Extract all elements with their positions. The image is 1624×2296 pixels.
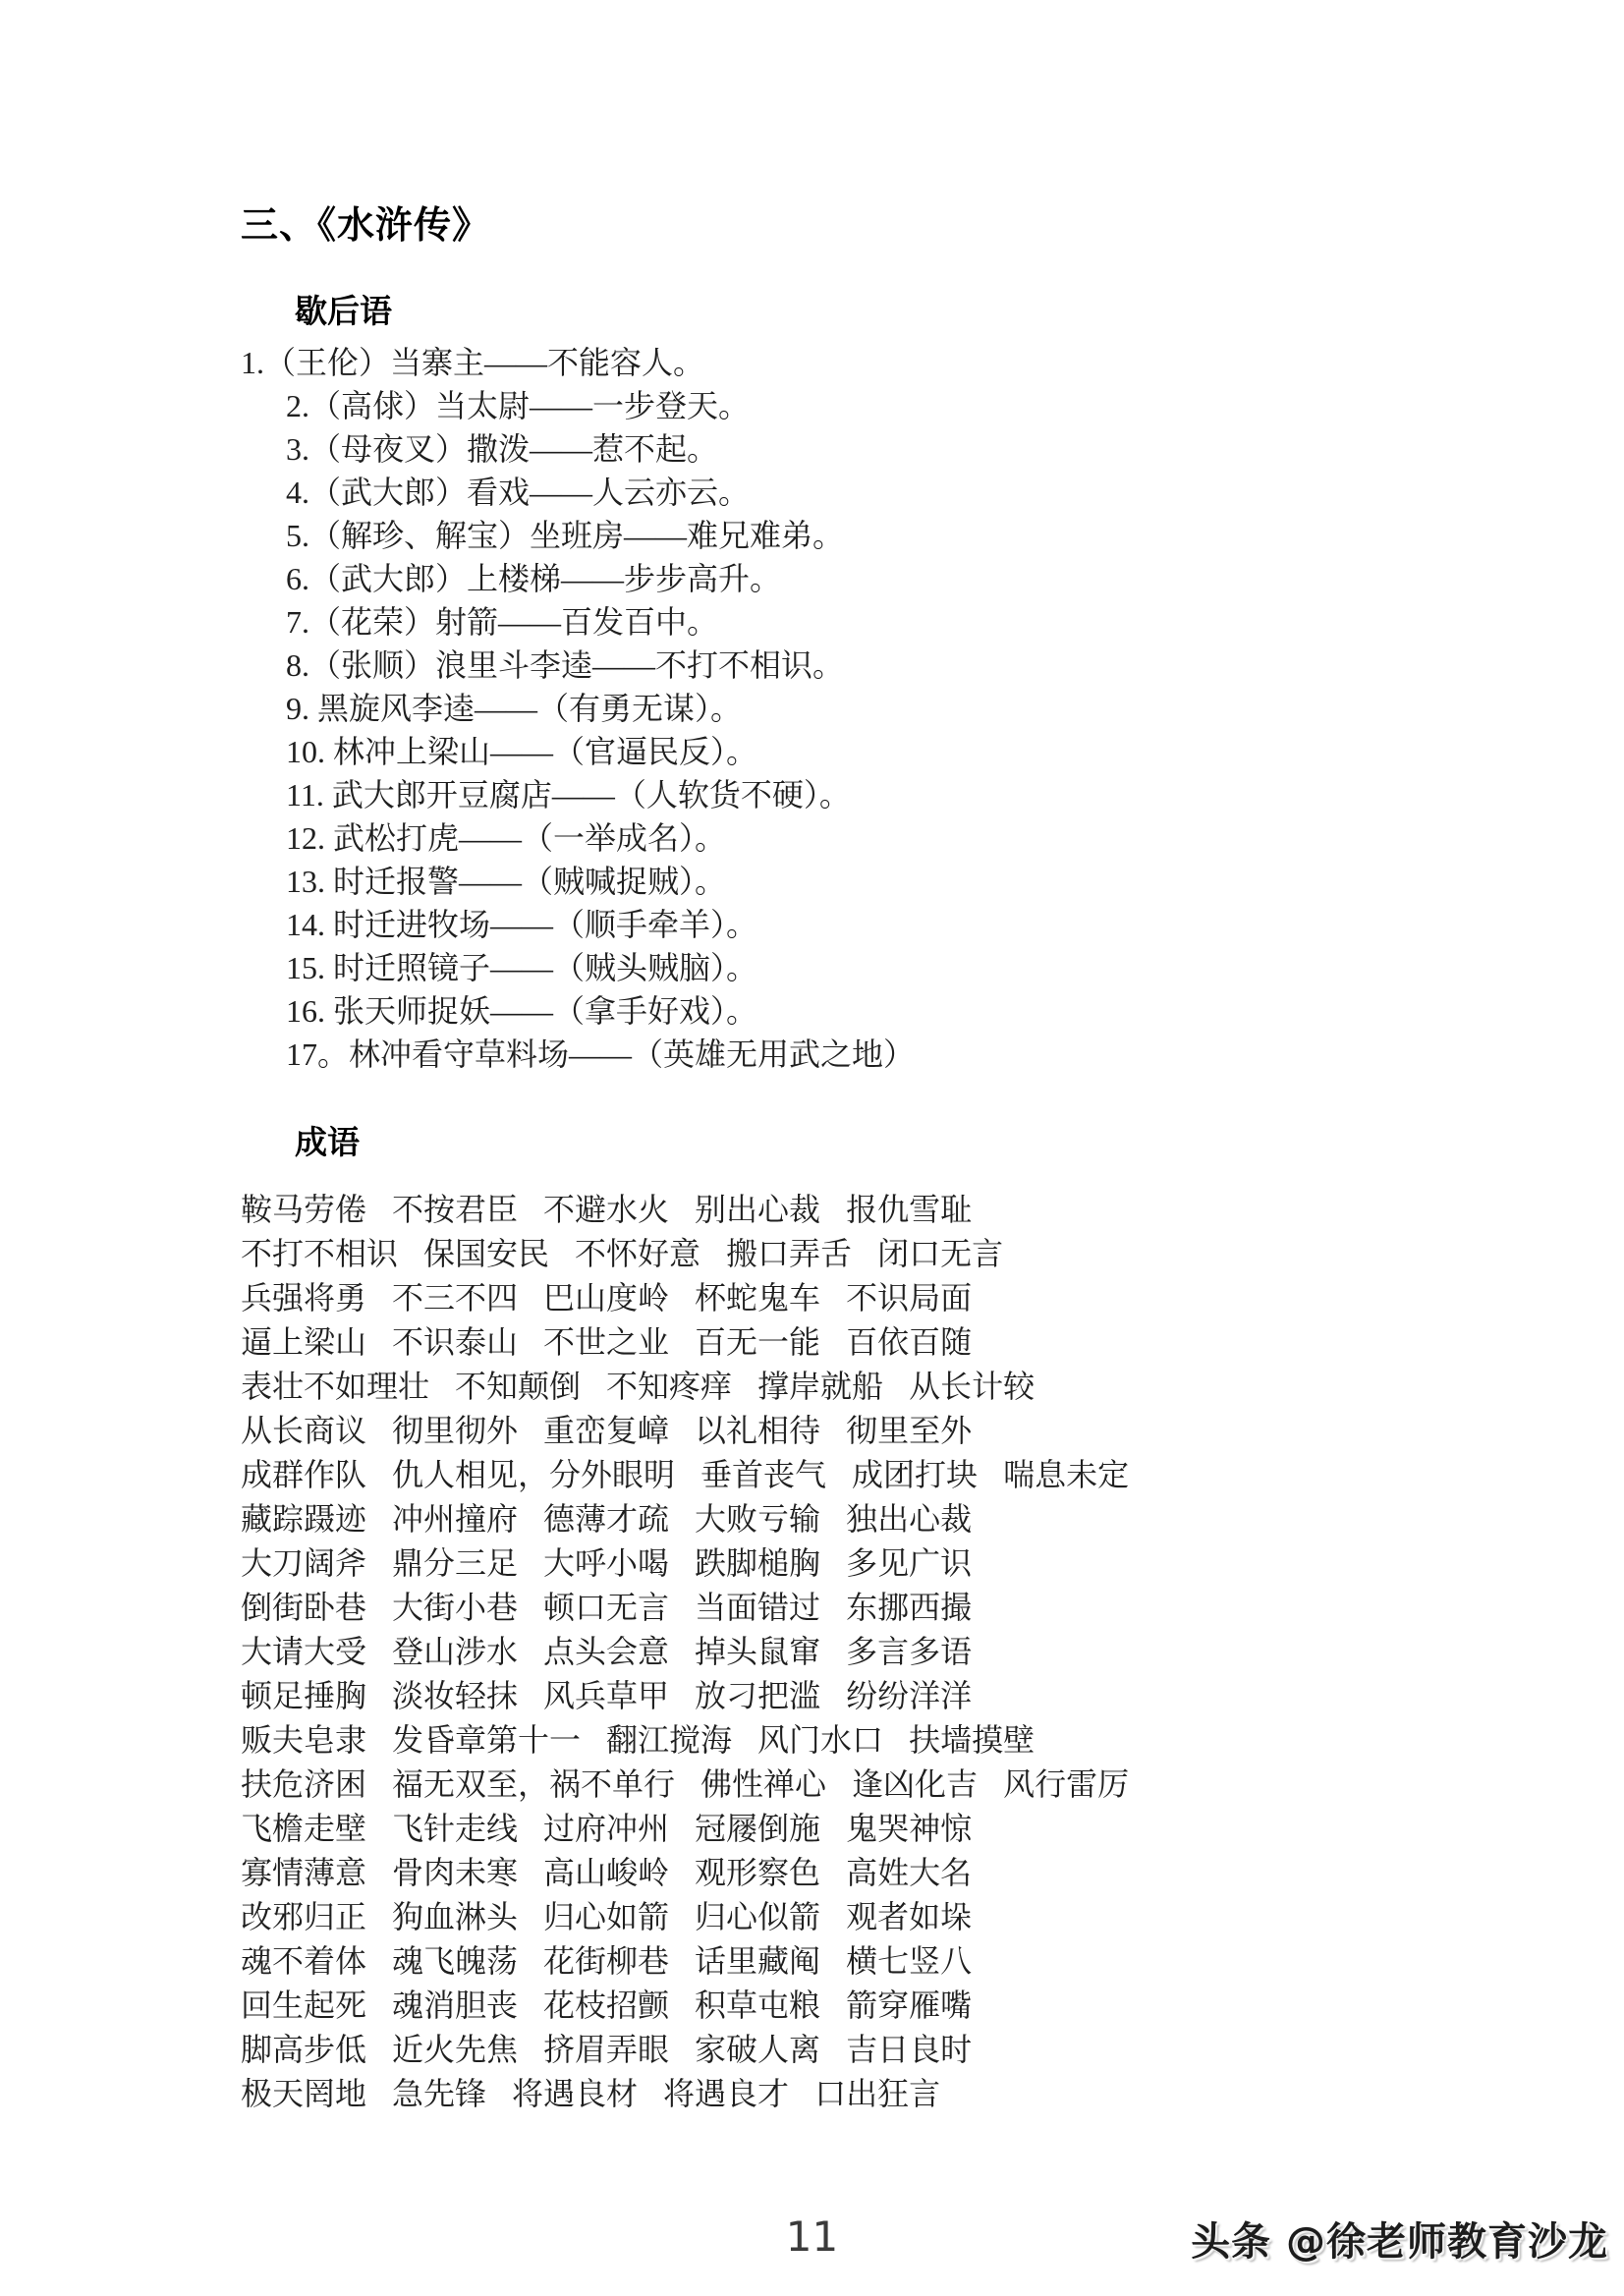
idiom: 口出狂言 — [814, 2072, 940, 2116]
idiom: 不按君臣 — [392, 1188, 518, 1232]
idiom: 垂首丧气 — [700, 1453, 826, 1497]
idiom: 德薄才疏 — [543, 1497, 669, 1541]
idiom: 不打不相识 — [241, 1232, 398, 1276]
footer: 11 头条 @徐老师教育沙龙 — [0, 2213, 1624, 2268]
xiehouyu-item: 16. 张天师捉妖——（拿手好戏）。 — [286, 989, 1526, 1033]
idiom: 登山涉水 — [392, 1630, 518, 1674]
xiehouyu-list: 1.（王伦）当寨主——不能容人。2.（高俅）当太尉——一步登天。3.（母夜叉）撒… — [241, 341, 1526, 1076]
chengyu-row: 贩夫皂隶发昏章第十一翻江搅海风门水口扶墙摸壁 — [241, 1718, 1526, 1763]
idiom: 逼上梁山 — [241, 1320, 366, 1365]
chengyu-row: 大请大受登山涉水点头会意掉头鼠窜多言多语 — [241, 1630, 1526, 1674]
idiom: 仇人相见，分外眼明 — [392, 1453, 675, 1497]
idiom: 顿口无言 — [543, 1586, 669, 1630]
chengyu-row: 藏踪蹑迹冲州撞府德薄才疏大败亏输独出心裁 — [241, 1497, 1526, 1541]
idiom: 多见广识 — [846, 1541, 972, 1586]
chengyu-row: 表壮不如理壮不知颠倒不知疼痒撑岸就船从长计较 — [241, 1365, 1526, 1409]
idiom: 不三不四 — [392, 1276, 518, 1320]
idiom: 倒街卧巷 — [241, 1586, 366, 1630]
chengyu-row: 倒街卧巷大街小巷顿口无言当面错过东挪西撮 — [241, 1586, 1526, 1630]
idiom: 不世之业 — [543, 1320, 669, 1365]
xiehouyu-item: 3.（母夜叉）撒泼——惹不起。 — [286, 427, 1526, 471]
idiom: 高山峻岭 — [543, 1851, 669, 1895]
idiom: 飞针走线 — [392, 1807, 518, 1851]
idiom: 将遇良才 — [663, 2072, 789, 2116]
idiom: 过府冲州 — [543, 1807, 669, 1851]
idiom: 箭穿雁嘴 — [846, 1984, 972, 2028]
xiehouyu-item: 9. 黑旋风李逵——（有勇无谋）。 — [286, 687, 1526, 730]
idiom: 魂不着体 — [241, 1939, 366, 1984]
idiom: 归心似箭 — [695, 1895, 820, 1939]
idiom: 跌脚槌胸 — [695, 1541, 820, 1586]
idiom: 杯蛇鬼车 — [695, 1276, 820, 1320]
idiom: 改邪归正 — [241, 1895, 366, 1939]
idiom: 别出心裁 — [695, 1188, 820, 1232]
idiom: 冠屦倒施 — [695, 1807, 820, 1851]
idiom: 狗血淋头 — [392, 1895, 518, 1939]
idiom: 发昏章第十一 — [392, 1718, 581, 1763]
chengyu-row: 不打不相识保国安民不怀好意搬口弄舌闭口无言 — [241, 1232, 1526, 1276]
chengyu-row: 脚高步低近火先焦挤眉弄眼家破人离吉日良时 — [241, 2028, 1526, 2072]
xiehouyu-item: 8.（张顺）浪里斗李逵——不打不相识。 — [286, 644, 1526, 687]
xiehouyu-item: 2.（高俅）当太尉——一步登天。 — [286, 384, 1526, 427]
idiom: 藏踪蹑迹 — [241, 1497, 366, 1541]
idiom: 积草屯粮 — [695, 1984, 820, 2028]
xiehouyu-item: 7.（花荣）射箭——百发百中。 — [286, 600, 1526, 644]
idiom: 大街小巷 — [392, 1586, 518, 1630]
idiom: 不怀好意 — [575, 1232, 700, 1276]
idiom: 横七竖八 — [846, 1939, 972, 1984]
idiom: 挤眉弄眼 — [543, 2028, 669, 2072]
idiom: 扶危济困 — [241, 1763, 366, 1807]
idiom: 观者如垛 — [846, 1895, 972, 1939]
idiom: 巴山度岭 — [543, 1276, 669, 1320]
xiehouyu-item: 10. 林冲上梁山——（官逼民反）。 — [286, 730, 1526, 773]
chengyu-heading: 成语 — [295, 1123, 1526, 1162]
idiom: 报仇雪耻 — [846, 1188, 972, 1232]
idiom: 当面错过 — [695, 1586, 820, 1630]
idiom: 大败亏输 — [695, 1497, 820, 1541]
idiom: 保国安民 — [423, 1232, 549, 1276]
idiom: 飞檐走壁 — [241, 1807, 366, 1851]
idiom: 吉日良时 — [846, 2028, 972, 2072]
idiom: 不知颠倒 — [455, 1365, 581, 1409]
idiom: 百依百随 — [846, 1320, 972, 1365]
idiom: 表壮不如理壮 — [241, 1365, 429, 1409]
idiom: 撑岸就船 — [757, 1365, 883, 1409]
idiom: 兵强将勇 — [241, 1276, 366, 1320]
xiehouyu-item: 15. 时迁照镜子——（贼头贼脑）。 — [286, 946, 1526, 989]
chengyu-row: 从长商议彻里彻外重峦复嶂以礼相待彻里至外 — [241, 1409, 1526, 1453]
xiehouyu-item: 17。林冲看守草料场——（英雄无用武之地） — [286, 1033, 1526, 1076]
idiom: 不识泰山 — [392, 1320, 518, 1365]
idiom: 风兵草甲 — [543, 1674, 669, 1718]
section-xiehouyu: 歇后语 1.（王伦）当寨主——不能容人。2.（高俅）当太尉——一步登天。3.（母… — [241, 292, 1526, 1076]
idiom: 搬口弄舌 — [726, 1232, 852, 1276]
idiom: 脚高步低 — [241, 2028, 366, 2072]
xiehouyu-item: 5.（解珍、解宝）坐班房——难兄难弟。 — [286, 514, 1526, 557]
idiom: 风门水口 — [757, 1718, 883, 1763]
xiehouyu-item: 11. 武大郎开豆腐店——（人软货不硬）。 — [286, 773, 1526, 816]
idiom: 不避水火 — [543, 1188, 669, 1232]
idiom: 纷纷洋洋 — [846, 1674, 972, 1718]
idiom: 成群作队 — [241, 1453, 366, 1497]
chengyu-row: 逼上梁山不识泰山不世之业百无一能百依百随 — [241, 1320, 1526, 1365]
idiom: 彻里至外 — [846, 1409, 972, 1453]
idiom: 翻江搅海 — [606, 1718, 732, 1763]
xiehouyu-item: 6.（武大郎）上楼梯——步步高升。 — [286, 557, 1526, 600]
idiom: 大请大受 — [241, 1630, 366, 1674]
chengyu-row: 魂不着体魂飞魄荡花街柳巷话里藏阄横七竖八 — [241, 1939, 1526, 1984]
section-chengyu: 成语 鞍马劳倦不按君臣不避水火别出心裁报仇雪耻不打不相识保国安民不怀好意搬口弄舌… — [241, 1123, 1526, 2116]
idiom: 成团打块 — [852, 1453, 978, 1497]
xiehouyu-item: 4.（武大郎）看戏——人云亦云。 — [286, 471, 1526, 514]
idiom: 回生起死 — [241, 1984, 366, 2028]
idiom: 花枝招颤 — [543, 1984, 669, 2028]
idiom: 花街柳巷 — [543, 1939, 669, 1984]
idiom: 极天罔地 — [241, 2072, 366, 2116]
chengyu-row: 鞍马劳倦不按君臣不避水火别出心裁报仇雪耻 — [241, 1188, 1526, 1232]
idiom: 顿足捶胸 — [241, 1674, 366, 1718]
idiom: 不知疼痒 — [606, 1365, 732, 1409]
idiom: 从长商议 — [241, 1409, 366, 1453]
xiehouyu-heading: 歇后语 — [295, 292, 1526, 331]
idiom: 福无双至，祸不单行 — [392, 1763, 675, 1807]
chengyu-list: 鞍马劳倦不按君臣不避水火别出心裁报仇雪耻不打不相识保国安民不怀好意搬口弄舌闭口无… — [241, 1188, 1526, 2116]
idiom: 彻里彻外 — [392, 1409, 518, 1453]
idiom: 鞍马劳倦 — [241, 1188, 366, 1232]
idiom: 家破人离 — [695, 2028, 820, 2072]
idiom: 高姓大名 — [846, 1851, 972, 1895]
idiom: 魂飞魄荡 — [392, 1939, 518, 1984]
chengyu-row: 兵强将勇不三不四巴山度岭杯蛇鬼车不识局面 — [241, 1276, 1526, 1320]
idiom: 百无一能 — [695, 1320, 820, 1365]
idiom: 冲州撞府 — [392, 1497, 518, 1541]
watermark: 头条 @徐老师教育沙龙 — [1191, 2211, 1608, 2267]
idiom: 寡情薄意 — [241, 1851, 366, 1895]
idiom: 魂消胆丧 — [392, 1984, 518, 2028]
idiom: 鼎分三足 — [392, 1541, 518, 1586]
idiom: 以礼相待 — [695, 1409, 820, 1453]
idiom: 独出心裁 — [846, 1497, 972, 1541]
idiom: 逢凶化吉 — [852, 1763, 978, 1807]
idiom: 大刀阔斧 — [241, 1541, 366, 1586]
idiom: 喘息未定 — [1003, 1453, 1129, 1497]
idiom: 掉头鼠窜 — [695, 1630, 820, 1674]
chengyu-row: 改邪归正狗血淋头归心如箭归心似箭观者如垛 — [241, 1895, 1526, 1939]
chengyu-row: 大刀阔斧鼎分三足大呼小喝跌脚槌胸多见广识 — [241, 1541, 1526, 1586]
idiom: 放刁把滥 — [695, 1674, 820, 1718]
idiom: 重峦复嶂 — [543, 1409, 669, 1453]
chengyu-row: 扶危济困福无双至，祸不单行佛性禅心逢凶化吉风行雷厉 — [241, 1763, 1526, 1807]
document-page: 三、《水浒传》 歇后语 1.（王伦）当寨主——不能容人。2.（高俅）当太尉——一… — [0, 0, 1624, 2296]
idiom: 不识局面 — [846, 1276, 972, 1320]
idiom: 近火先焦 — [392, 2028, 518, 2072]
idiom: 东挪西撮 — [846, 1586, 972, 1630]
idiom: 佛性禅心 — [700, 1763, 826, 1807]
idiom: 点头会意 — [543, 1630, 669, 1674]
xiehouyu-item: 1.（王伦）当寨主——不能容人。 — [241, 341, 1526, 384]
idiom: 淡妆轻抹 — [392, 1674, 518, 1718]
idiom: 急先锋 — [392, 2072, 486, 2116]
chengyu-row: 回生起死魂消胆丧花枝招颤积草屯粮箭穿雁嘴 — [241, 1984, 1526, 2028]
idiom: 观形察色 — [695, 1851, 820, 1895]
idiom: 贩夫皂隶 — [241, 1718, 366, 1763]
page-title: 三、《水浒传》 — [241, 201, 1526, 249]
idiom: 从长计较 — [909, 1365, 1035, 1409]
idiom: 大呼小喝 — [543, 1541, 669, 1586]
chengyu-row: 顿足捶胸淡妆轻抹风兵草甲放刁把滥纷纷洋洋 — [241, 1674, 1526, 1718]
idiom: 归心如箭 — [543, 1895, 669, 1939]
idiom: 鬼哭神惊 — [846, 1807, 972, 1851]
idiom: 骨肉未寒 — [392, 1851, 518, 1895]
idiom: 话里藏阄 — [695, 1939, 820, 1984]
idiom: 将遇良材 — [512, 2072, 638, 2116]
chengyu-row: 寡情薄意骨肉未寒高山峻岭观形察色高姓大名 — [241, 1851, 1526, 1895]
xiehouyu-item: 14. 时迁进牧场——（顺手牵羊）。 — [286, 903, 1526, 946]
idiom: 风行雷厉 — [1003, 1763, 1129, 1807]
xiehouyu-item: 12. 武松打虎——（一举成名）。 — [286, 816, 1526, 860]
idiom: 多言多语 — [846, 1630, 972, 1674]
chengyu-row: 飞檐走壁飞针走线过府冲州冠屦倒施鬼哭神惊 — [241, 1807, 1526, 1851]
chengyu-row: 极天罔地急先锋将遇良材将遇良才口出狂言 — [241, 2072, 1526, 2116]
idiom: 闭口无言 — [877, 1232, 1003, 1276]
chengyu-row: 成群作队仇人相见，分外眼明垂首丧气成团打块喘息未定 — [241, 1453, 1526, 1497]
idiom: 扶墙摸壁 — [909, 1718, 1035, 1763]
xiehouyu-item: 13. 时迁报警——（贼喊捉贼）。 — [286, 860, 1526, 903]
